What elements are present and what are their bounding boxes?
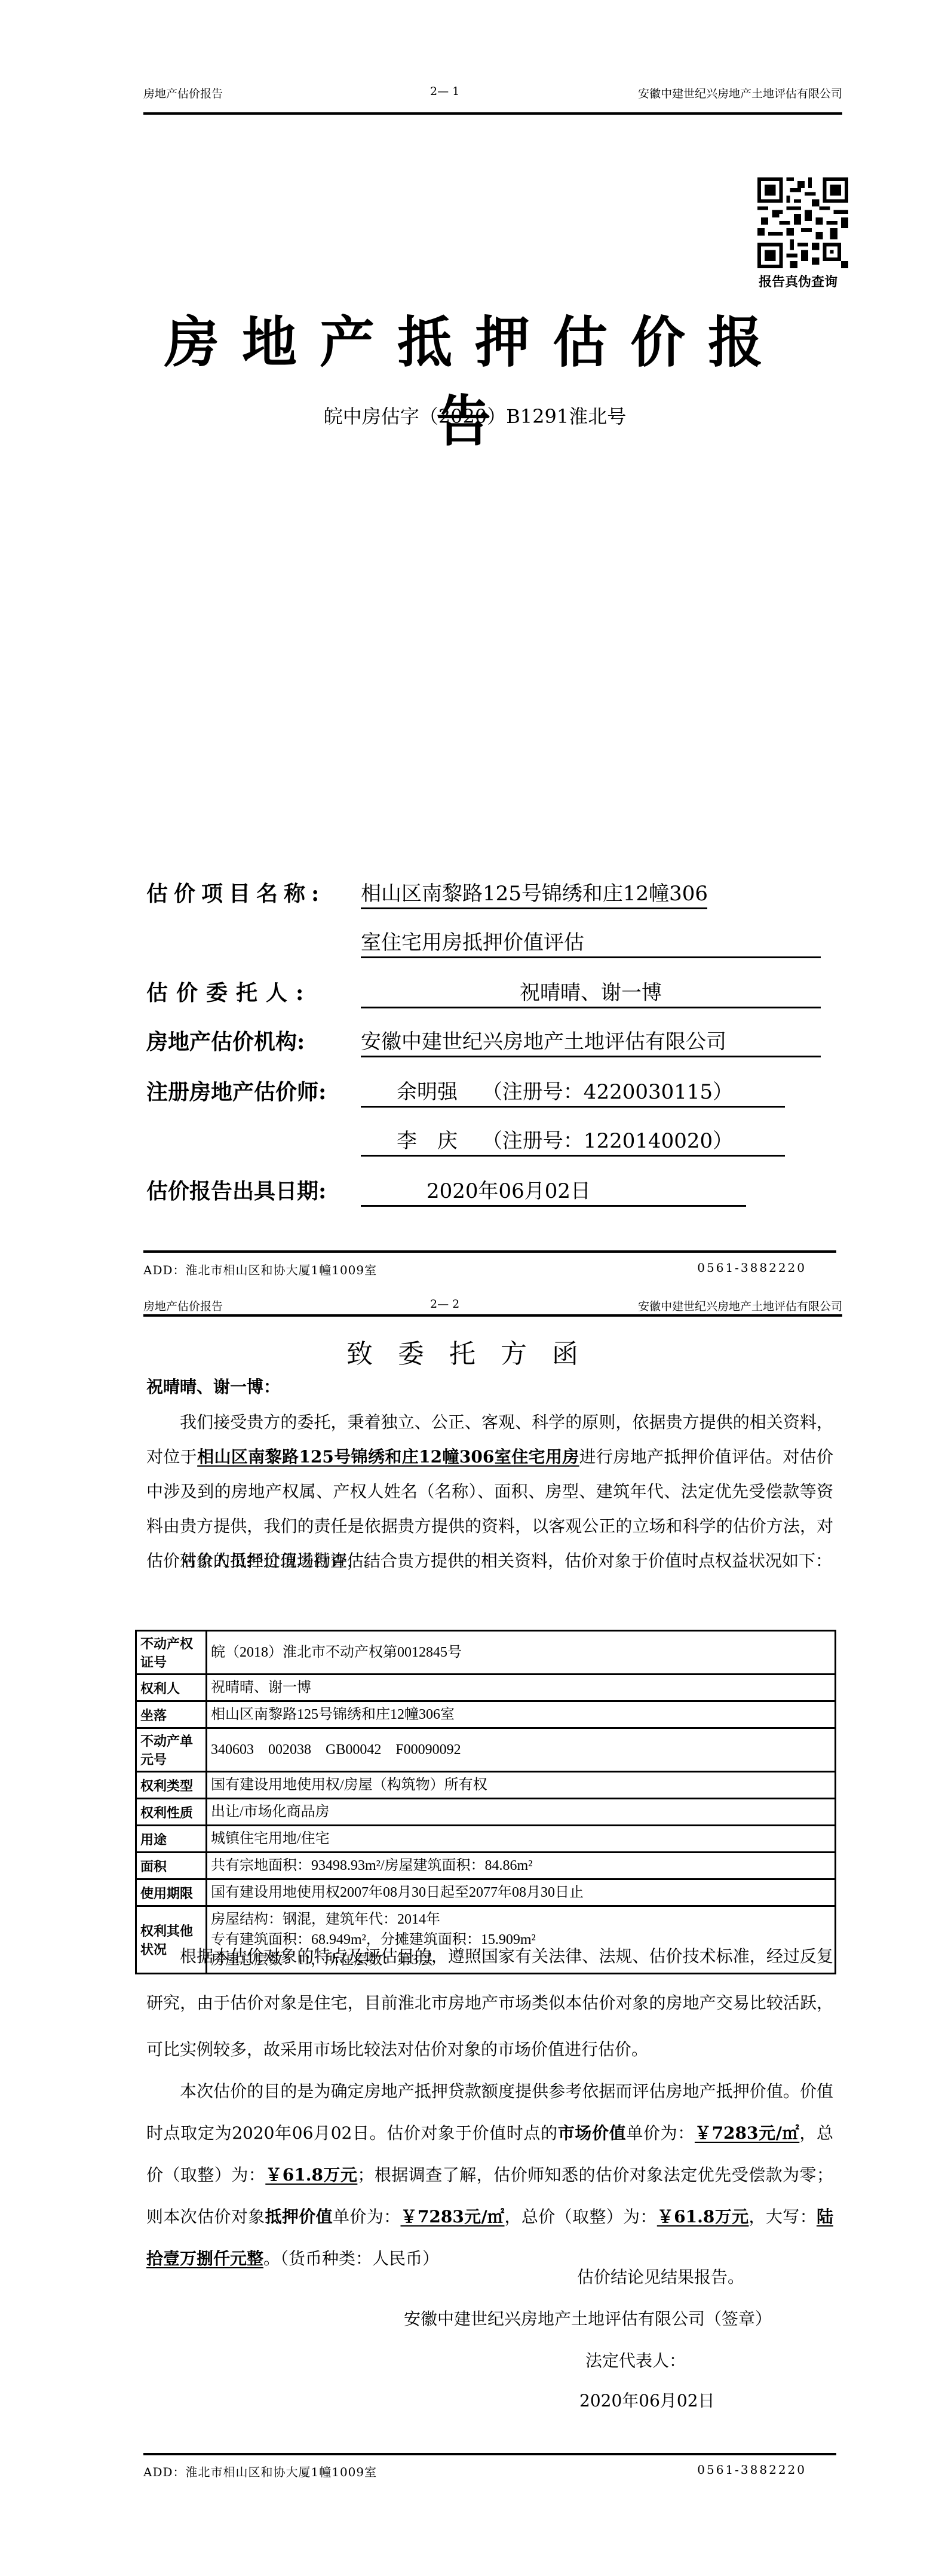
header-doc-type: 房地产估价报告 [143,1298,223,1314]
page-header: 房地产估价报告 2— 2 安徽中建世纪兴房地产土地评估有限公司 [143,1290,842,1314]
letter-paragraph-2: 估价人员经过现场勘查，结合贵方提供的相关资料，估价对象于价值时点权益状况如下： [146,1544,833,1578]
report-date-value: 2020年06月02日 [361,1174,746,1207]
letter-salutation: 祝晴晴、谢一博： [146,1374,280,1398]
agency-value: 安徽中建世纪兴房地产土地评估有限公司 [361,1025,821,1057]
table-row: 坐落相山区南黎路125号锦绣和庄12幢306室 [136,1701,836,1728]
rights-table: 不动产权证号皖（2018）淮北市不动产权第0012845号 权利人祝晴晴、谢一博… [135,1630,836,1974]
mortgage-total-price: ￥61.8万元 [657,2207,749,2227]
project-name-value-line1: 相山区南黎路125号锦绣和庄12幢306 [361,877,707,909]
footer-phone: 0561-3882220 [697,2462,806,2477]
field-client: 估价委托人: [146,976,312,1007]
market-unit-price: ￥7283元/㎡ [695,2123,799,2143]
table-row: 不动产单元号340603 002038 GB00042 F00090092 [136,1728,836,1772]
table-row: 权利人祝晴晴、谢一博 [136,1675,836,1701]
mortgage-value-label: 抵押价值 [265,2207,333,2227]
footer-address: ADD：淮北市相山区和协大厦1幢1009室 [143,1261,377,1278]
footer-phone: 0561-3882220 [697,1261,806,1275]
table-row: 面积共有宗地面积：93498.93m²/房屋建筑面积：84.86m² [136,1853,836,1879]
letter-paragraph-4: 本次估价的目的是为确定房地产抵押贷款额度提供参考依据而评估房地产抵押价值。价值时… [146,2071,833,2280]
report-number: 皖中房估字（2020）B1291淮北号 [143,401,806,429]
report-title: 房地产抵押估价报告 [143,299,806,456]
table-row: 用途城镇住宅用地/住宅 [136,1826,836,1853]
mortgage-unit-price: ￥7283元/㎡ [401,2207,505,2227]
letter-title: 致委托方函 [143,1332,806,1370]
project-name-value-line2: 室住宅用房抵押价值评估 [361,926,821,958]
appraiser-reg: （注册号：1220140020） [482,1129,733,1153]
qr-caption: 报告真伪查询 [759,272,837,290]
table-row: 不动产权证号皖（2018）淮北市不动产权第0012845号 [136,1631,836,1675]
header-page-number: 2— 2 [430,1298,459,1311]
appraiser-2: 李 庆 （注册号：1220140020） [361,1124,785,1157]
header-doc-type: 房地产估价报告 [143,85,223,101]
signatory: 安徽中建世纪兴房地产土地评估有限公司（签章） [404,2306,772,2330]
field-label: 估价委托人: [146,976,312,1007]
field-agency: 房地产估价机构: [146,1025,305,1056]
header-company: 安徽中建世纪兴房地产土地评估有限公司 [638,1298,842,1314]
field-project-name: 估价项目名称: [146,877,325,907]
client-value: 祝晴晴、谢一博 [361,976,821,1008]
qr-code-icon[interactable] [757,177,848,268]
letter-paragraph-3: 根据本估价对象的特点及评估目的，遵照国家有关法律、法规、估价技术标准，经过反复研… [146,1933,833,2073]
appraiser-1: 余明强 （注册号：4220030115） [361,1075,785,1108]
page-header: 房地产估价报告 2— 1 安徽中建世纪兴房地产土地评估有限公司 [143,78,842,102]
table-row: 权利类型国有建设用地使用权/房屋（构筑物）所有权 [136,1772,836,1799]
property-address-highlight: 相山区南黎路125号锦绣和庄12幢306室住宅用房 [197,1447,579,1467]
field-report-date: 估价报告出具日期: [146,1174,326,1205]
market-total-price: ￥61.8万元 [265,2165,357,2185]
footer-address: ADD：淮北市相山区和协大厦1幢1009室 [143,2462,377,2480]
field-label: 注册房地产估价师: [146,1075,326,1106]
field-label: 房地产估价机构: [146,1025,305,1056]
header-company: 安徽中建世纪兴房地产土地评估有限公司 [638,85,842,101]
field-label: 估价项目名称: [146,877,325,907]
letter-date: 2020年06月02日 [579,2388,715,2412]
appraiser-reg: （注册号：4220030115） [482,1080,733,1104]
header-page-number: 2— 1 [430,85,459,98]
field-label: 估价报告出具日期: [146,1174,326,1205]
header-rule [143,1314,842,1317]
market-value-label: 市场价值 [558,2123,627,2143]
conclusion-note: 估价结论见结果报告。 [577,2264,744,2288]
footer-rule [143,2453,836,2455]
appraiser-name: 李 庆 [397,1129,458,1153]
footer-rule [143,1250,836,1253]
table-row: 权利性质出让/市场化商品房 [136,1799,836,1826]
header-rule [143,112,842,115]
legal-representative: 法定代表人： [585,2348,686,2372]
appraiser-name: 余明强 [397,1080,458,1104]
field-appraisers: 注册房地产估价师: [146,1075,326,1106]
table-row: 使用期限国有建设用地使用权2007年08月30日起至2077年08月30日止 [136,1879,836,1906]
